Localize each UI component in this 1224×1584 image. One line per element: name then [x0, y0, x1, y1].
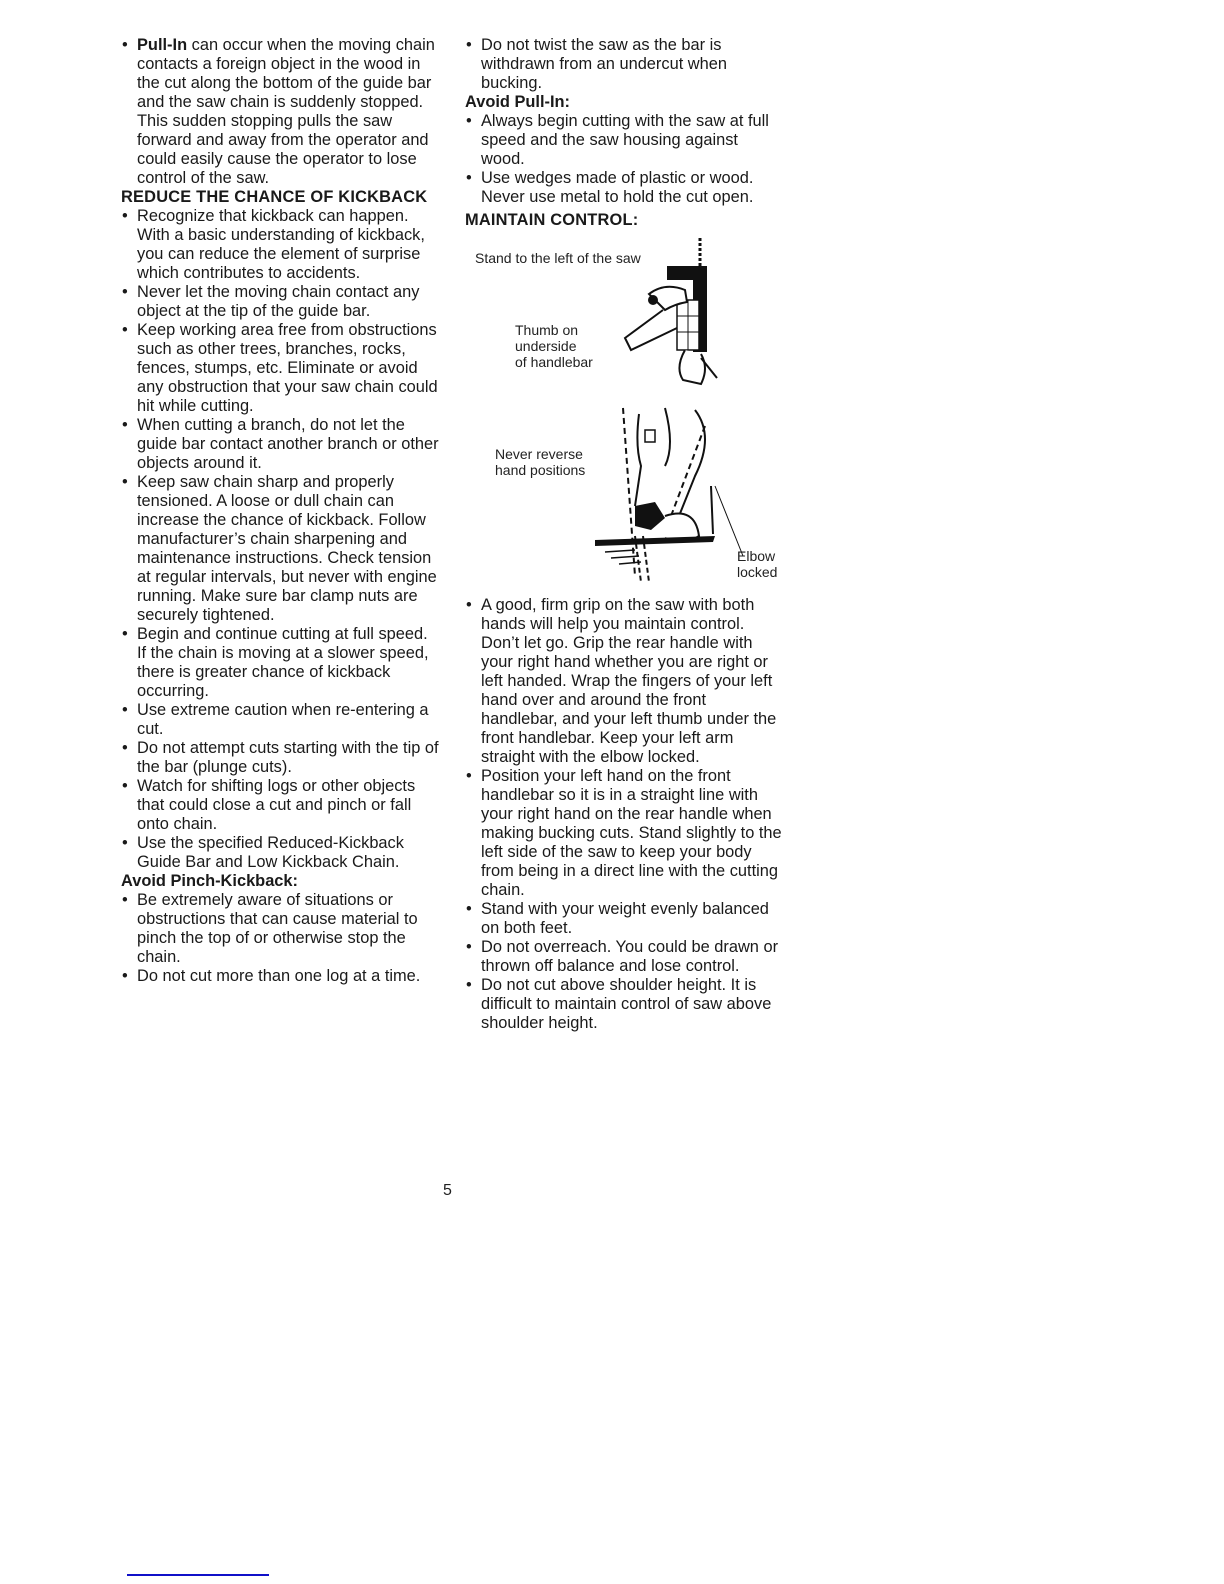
list-item: Always begin cutting with the saw at ful…	[465, 112, 785, 169]
list-item: Be extremely aware of situations or obst…	[121, 891, 441, 967]
list-item: Never let the moving chain contact any o…	[121, 283, 441, 321]
figure-label-thumb-line3: of handlebar	[515, 354, 593, 370]
list-item: Do not attempt cuts starting with the ti…	[121, 739, 441, 777]
reduce-kickback-heading: REDUCE THE CHANCE OF KICKBACK	[121, 188, 441, 207]
chainsaw-grip-illustration-icon	[605, 238, 735, 388]
list-item: Do not overreach. You could be drawn or …	[465, 938, 785, 976]
list-item: Keep saw chain sharp and properly tensio…	[121, 473, 441, 625]
list-item: Stand with your weight evenly balanced o…	[465, 900, 785, 938]
list-item: Use the specified Reduced-Kickback Guide…	[121, 834, 441, 872]
list-item: Do not cut above shoulder height. It is …	[465, 976, 785, 1033]
list-item: Do not twist the saw as the bar is withd…	[465, 36, 785, 93]
list-item: Begin and continue cutting at full speed…	[121, 625, 441, 701]
list-item: Watch for shifting logs or other objects…	[121, 777, 441, 834]
figure-label-thumb-line1: Thumb on	[515, 322, 578, 338]
maintain-control-heading: MAINTAIN CONTROL:	[465, 211, 785, 230]
list-item: Use wedges made of plastic or wood. Neve…	[465, 169, 785, 207]
left-column: Pull-In can occur when the moving chain …	[121, 36, 441, 986]
list-item: When cutting a branch, do not let the gu…	[121, 416, 441, 473]
right-column: Do not twist the saw as the bar is withd…	[465, 36, 785, 1033]
avoid-pinch-kickback-heading: Avoid Pinch-Kickback:	[121, 872, 441, 891]
pull-in-term: Pull-In	[137, 36, 187, 54]
page-number: 5	[443, 1182, 452, 1200]
list-item: Keep working area free from obstructions…	[121, 321, 441, 416]
pull-in-description: can occur when the moving chain contacts…	[137, 36, 435, 187]
figure-label-thumb-line2: underside	[515, 338, 577, 354]
figure-label-never-line1: Never reverse	[495, 446, 583, 462]
list-item: Use extreme caution when re-entering a c…	[121, 701, 441, 739]
list-item: Do not cut more than one log at a time.	[121, 967, 441, 986]
list-item: Position your left hand on the front han…	[465, 767, 785, 900]
bucking-stance-illustration-icon	[595, 406, 745, 584]
bottom-divider-line	[127, 1574, 269, 1576]
figure-label-never-line2: hand positions	[495, 462, 585, 478]
avoid-pull-in-heading: Avoid Pull-In:	[465, 93, 785, 112]
list-item: Recognize that kickback can happen. With…	[121, 207, 441, 283]
figure-grip-handlebar: Stand to the left of the saw Thumb on un…	[465, 238, 785, 388]
pull-in-intro: Pull-In can occur when the moving chain …	[121, 36, 441, 188]
list-item: A good, firm grip on the saw with both h…	[465, 596, 785, 767]
figure-bucking-stance: Never reverse hand positions Elbow locke…	[465, 406, 785, 584]
